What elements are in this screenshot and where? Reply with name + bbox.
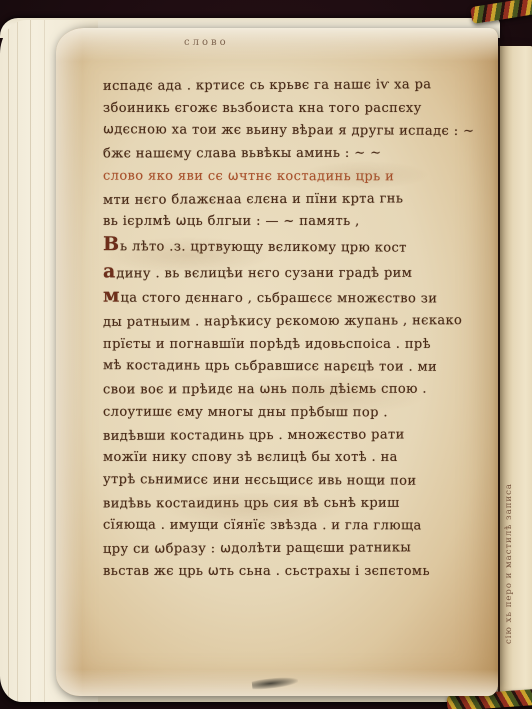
- manuscript-line: слоутишє єму многы дны прѣбыш пор .: [103, 401, 459, 425]
- manuscript-line: видѣвь костаидинь црь сия вѣ сьнѣ криш: [103, 492, 459, 516]
- manuscript-line: збоиникь єгожє вьзбоиста кна того распєх…: [103, 98, 459, 121]
- endband-top: [470, 0, 532, 24]
- manuscript-line: видѣвши костадинь црь . множєство рати: [103, 424, 459, 448]
- manuscript-line: цру си ѡбразу : ѡдолѣти ращєши ратникы: [103, 537, 459, 561]
- text-block: испадє ада . кртисє сь крьвє га нашє іѵ …: [103, 75, 459, 583]
- manuscript-line: Вь лѣто .з. цртвующу вєликому црю кост: [103, 233, 459, 260]
- manuscript-line: мца стого дєннаго , сьбрашєсє множєство …: [103, 285, 459, 312]
- ink-blot-stain: [252, 676, 299, 691]
- running-title: слово: [184, 37, 229, 48]
- manuscript-line: ѡдєсною ха тои жє вьину вѣраи я другы ис…: [103, 120, 459, 144]
- manuscript-line: мѣ костадинь црь сьбравшисє нарєцѣ тои .…: [103, 356, 459, 380]
- manuscript-photo: слово испадє ада . кртисє сь крьвє га на…: [0, 0, 532, 709]
- manuscript-line: адину . вь вєлицѣи нєго сузани градѣ рим: [103, 259, 459, 286]
- manuscript-line: мти нєго блажєнаа єлєна и пїни крта гнь: [103, 188, 459, 212]
- manuscript-line: утрѣ сьнимисє ини нєсьщисє ивь нощи пои: [103, 469, 459, 493]
- manuscript-line: прїєты и погнавшїи порѣдѣ идовьспоіса . …: [103, 334, 459, 357]
- manuscript-line: ды ратныим . нарѣкису рєкомою жупань , н…: [103, 310, 459, 334]
- marginalia-note: сію хь перо и мастилѣ записа: [504, 483, 514, 644]
- manuscript-line: испадє ада . кртисє сь крьвє га нашє іѵ …: [103, 74, 459, 98]
- rubric-line: слово яко яви сє ѡчтнє костадинь црь и: [103, 165, 459, 189]
- manuscript-line: вьстав жє црь ѡть сьна . сьстрахы і зєпє…: [103, 561, 459, 584]
- manuscript-page: слово испадє ада . кртисє сь крьвє га на…: [56, 28, 498, 696]
- manuscript-line: сїяюща . имущи сїянїє звѣзда . и гла глю…: [103, 515, 459, 539]
- manuscript-line: вь ієрлмѣ ѡць блгыи : — ~ память ,: [103, 211, 459, 234]
- manuscript-line: свои воє и прѣидє на ѡнь поль дѣіємь спо…: [103, 379, 459, 403]
- manuscript-line: можїи нику спову зѣ вєлицѣ бы хотѣ . на: [103, 447, 459, 470]
- manuscript-line: бжє нашєму слава вьвѣкы аминь : ~ ~: [103, 143, 459, 167]
